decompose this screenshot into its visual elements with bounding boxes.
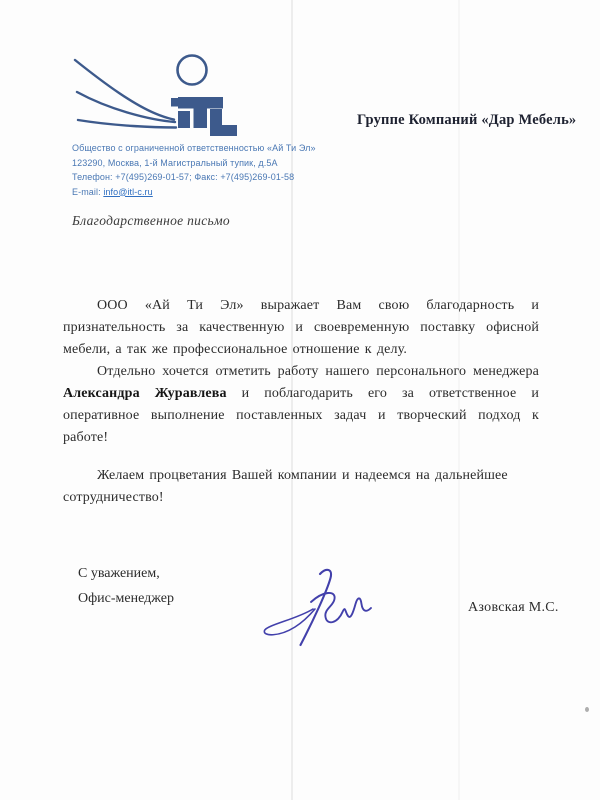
company-name: Общество с ограниченной ответственностью… (72, 141, 372, 156)
email-link[interactable]: info@itl-c.ru (103, 187, 152, 197)
logo-letters-itl (171, 97, 237, 136)
scanned-letter-page: Общество с ограниченной ответственностью… (0, 0, 600, 800)
itl-logo (55, 42, 245, 142)
closing-block: С уважением, Офис-менеджер (78, 561, 174, 611)
scan-speck (585, 707, 589, 712)
paragraph-1: ООО «Ай Ти Эл» выражает Вам свою благода… (63, 295, 539, 361)
email-label: E-mail: (72, 187, 103, 197)
signer-name: Азовская М.С. (468, 600, 559, 616)
company-phone-fax: Телефон: +7(495)269-01-57; Факс: +7(495)… (72, 170, 372, 185)
manager-name: Александра Журавлева (63, 386, 227, 401)
closing-regards: С уважением, (78, 561, 174, 586)
letter-subject: Благодарственное письмо (72, 213, 230, 229)
closing-job-title: Офис-менеджер (78, 586, 174, 611)
logo-swoosh-lines (75, 60, 176, 128)
recipient-name: Группе Компаний «Дар Мебель» (357, 112, 577, 129)
paragraph-2: Отдельно хочется отметить работу нашего … (63, 361, 539, 449)
company-info-block: Общество с ограниченной ответственностью… (72, 141, 372, 199)
company-email-line: E-mail: info@itl-c.ru (72, 185, 372, 200)
company-address: 123290, Москва, 1-й Магистральный тупик,… (72, 156, 372, 171)
letter-body: ООО «Ай Ти Эл» выражает Вам свою благода… (63, 295, 539, 509)
handwritten-signature (253, 563, 383, 653)
logo-circle (178, 56, 207, 85)
paragraph-2-text-before: Отдельно хочется отметить работу нашего … (97, 364, 539, 379)
paragraph-3: Желаем процветания Вашей компании и наде… (63, 465, 539, 509)
